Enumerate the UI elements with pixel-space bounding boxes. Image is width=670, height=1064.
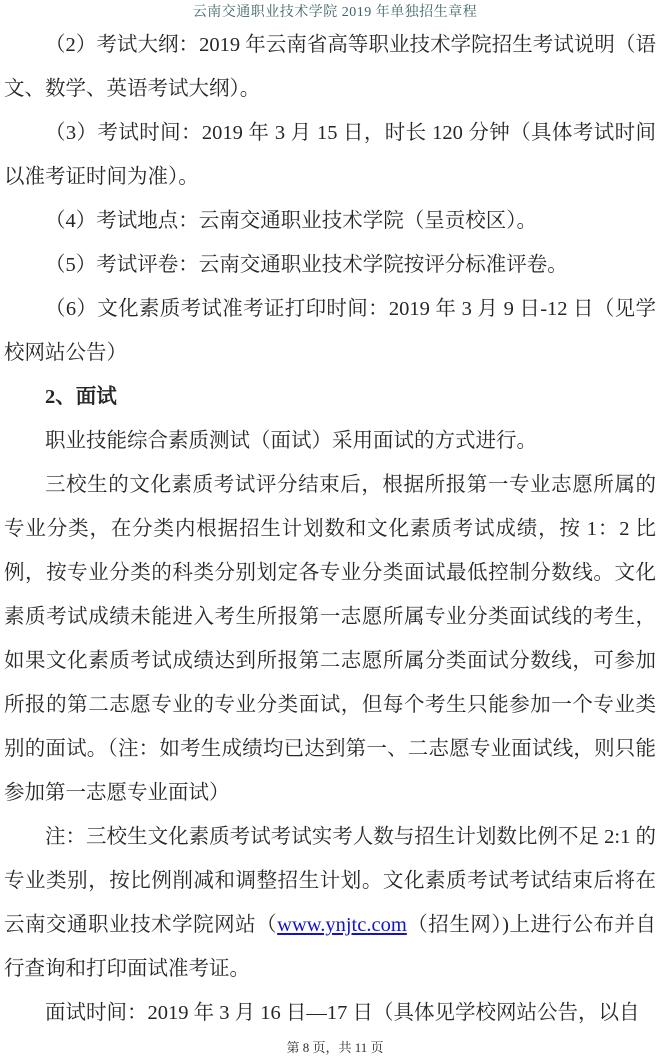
document-body: （2）考试大纲：2019 年云南省高等职业技术学院招生考试说明（语文、数学、英语…	[0, 23, 670, 1035]
paragraph-exam-grading: （5）考试评卷：云南交通职业技术学院按评分标准评卷。	[4, 243, 656, 287]
paragraph-exam-outline: （2）考试大纲：2019 年云南省高等职业技术学院招生考试说明（语文、数学、英语…	[4, 23, 656, 111]
paragraph-note-quota: 注：三校生文化素质考试考试实考人数与招生计划数比例不足 2:1 的专业类别，按比…	[4, 815, 656, 991]
paragraph-interview-time: 面试时间：2019 年 3 月 16 日—17 日（具体见学校网站公告，以自	[4, 991, 656, 1035]
admissions-site-link[interactable]: www.ynjtc.com	[277, 914, 407, 936]
section-heading-interview: 2、面试	[4, 375, 656, 419]
document-page: 云南交通职业技术学院 2019 年单独招生章程 （2）考试大纲：2019 年云南…	[0, 0, 670, 1064]
paragraph-ticket-print: （6）文化素质考试准考证打印时间：2019 年 3 月 9 日-12 日（见学校…	[4, 287, 656, 375]
paragraph-interview-rules: 三校生的文化素质考试评分结束后，根据所报第一专业志愿所属的专业分类，在分类内根据…	[4, 463, 656, 815]
page-footer: 第 8 页，共 11 页	[0, 1039, 670, 1057]
page-header-title: 云南交通职业技术学院 2019 年单独招生章程	[0, 0, 670, 23]
paragraph-exam-place: （4）考试地点：云南交通职业技术学院（呈贡校区）。	[4, 199, 656, 243]
paragraph-interview-method: 职业技能综合素质测试（面试）采用面试的方式进行。	[4, 419, 656, 463]
paragraph-exam-time: （3）考试时间：2019 年 3 月 15 日，时长 120 分钟（具体考试时间…	[4, 111, 656, 199]
